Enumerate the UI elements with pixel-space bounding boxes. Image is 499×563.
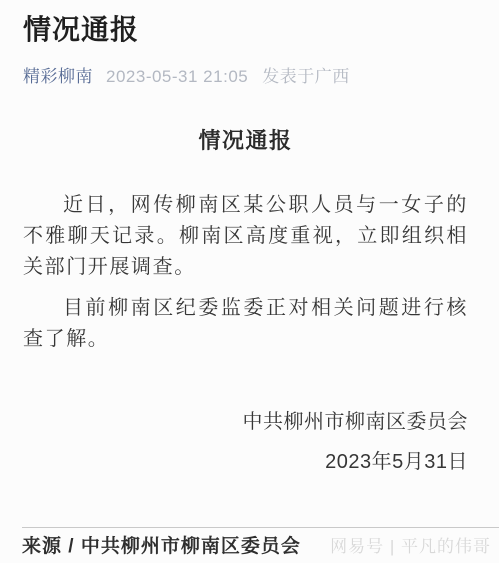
meta-row: 精彩柳南 2023-05-31 21:05 发表于广西 (23, 66, 475, 88)
article-heading: 情况通报 (23, 128, 468, 154)
account-link[interactable]: 精彩柳南 (23, 66, 93, 88)
source-line: 来源 / 中共柳州市柳南区委员会 (22, 531, 301, 558)
article-footer: 来源 / 中共柳州市柳南区委员会 网易号 | 平凡的伟哥 (22, 527, 499, 563)
signature-date: 2023年5月31日 (23, 447, 468, 477)
article-body: 情况通报 近日，网传柳南区某公职人员与一女子的不雅聊天记录。柳南区高度重视，立即… (0, 128, 499, 477)
signature-line: 中共柳州市柳南区委员会 (23, 407, 468, 437)
article-header: 情况通报 精彩柳南 2023-05-31 21:05 发表于广西 (0, 0, 499, 88)
page-title: 情况通报 (23, 14, 475, 46)
watermark: 网易号 | 平凡的伟哥 (330, 532, 491, 557)
article-paragraph: 目前柳南区纪委监委正对相关问题进行核查了解。 (23, 293, 468, 355)
publish-datetime: 2023-05-31 21:05 (106, 66, 248, 88)
article-paragraph: 近日，网传柳南区某公职人员与一女子的不雅聊天记录。柳南区高度重视，立即组织相关部… (23, 190, 468, 283)
publish-location: 发表于广西 (262, 66, 350, 88)
article-page: 情况通报 精彩柳南 2023-05-31 21:05 发表于广西 情况通报 近日… (0, 0, 499, 563)
